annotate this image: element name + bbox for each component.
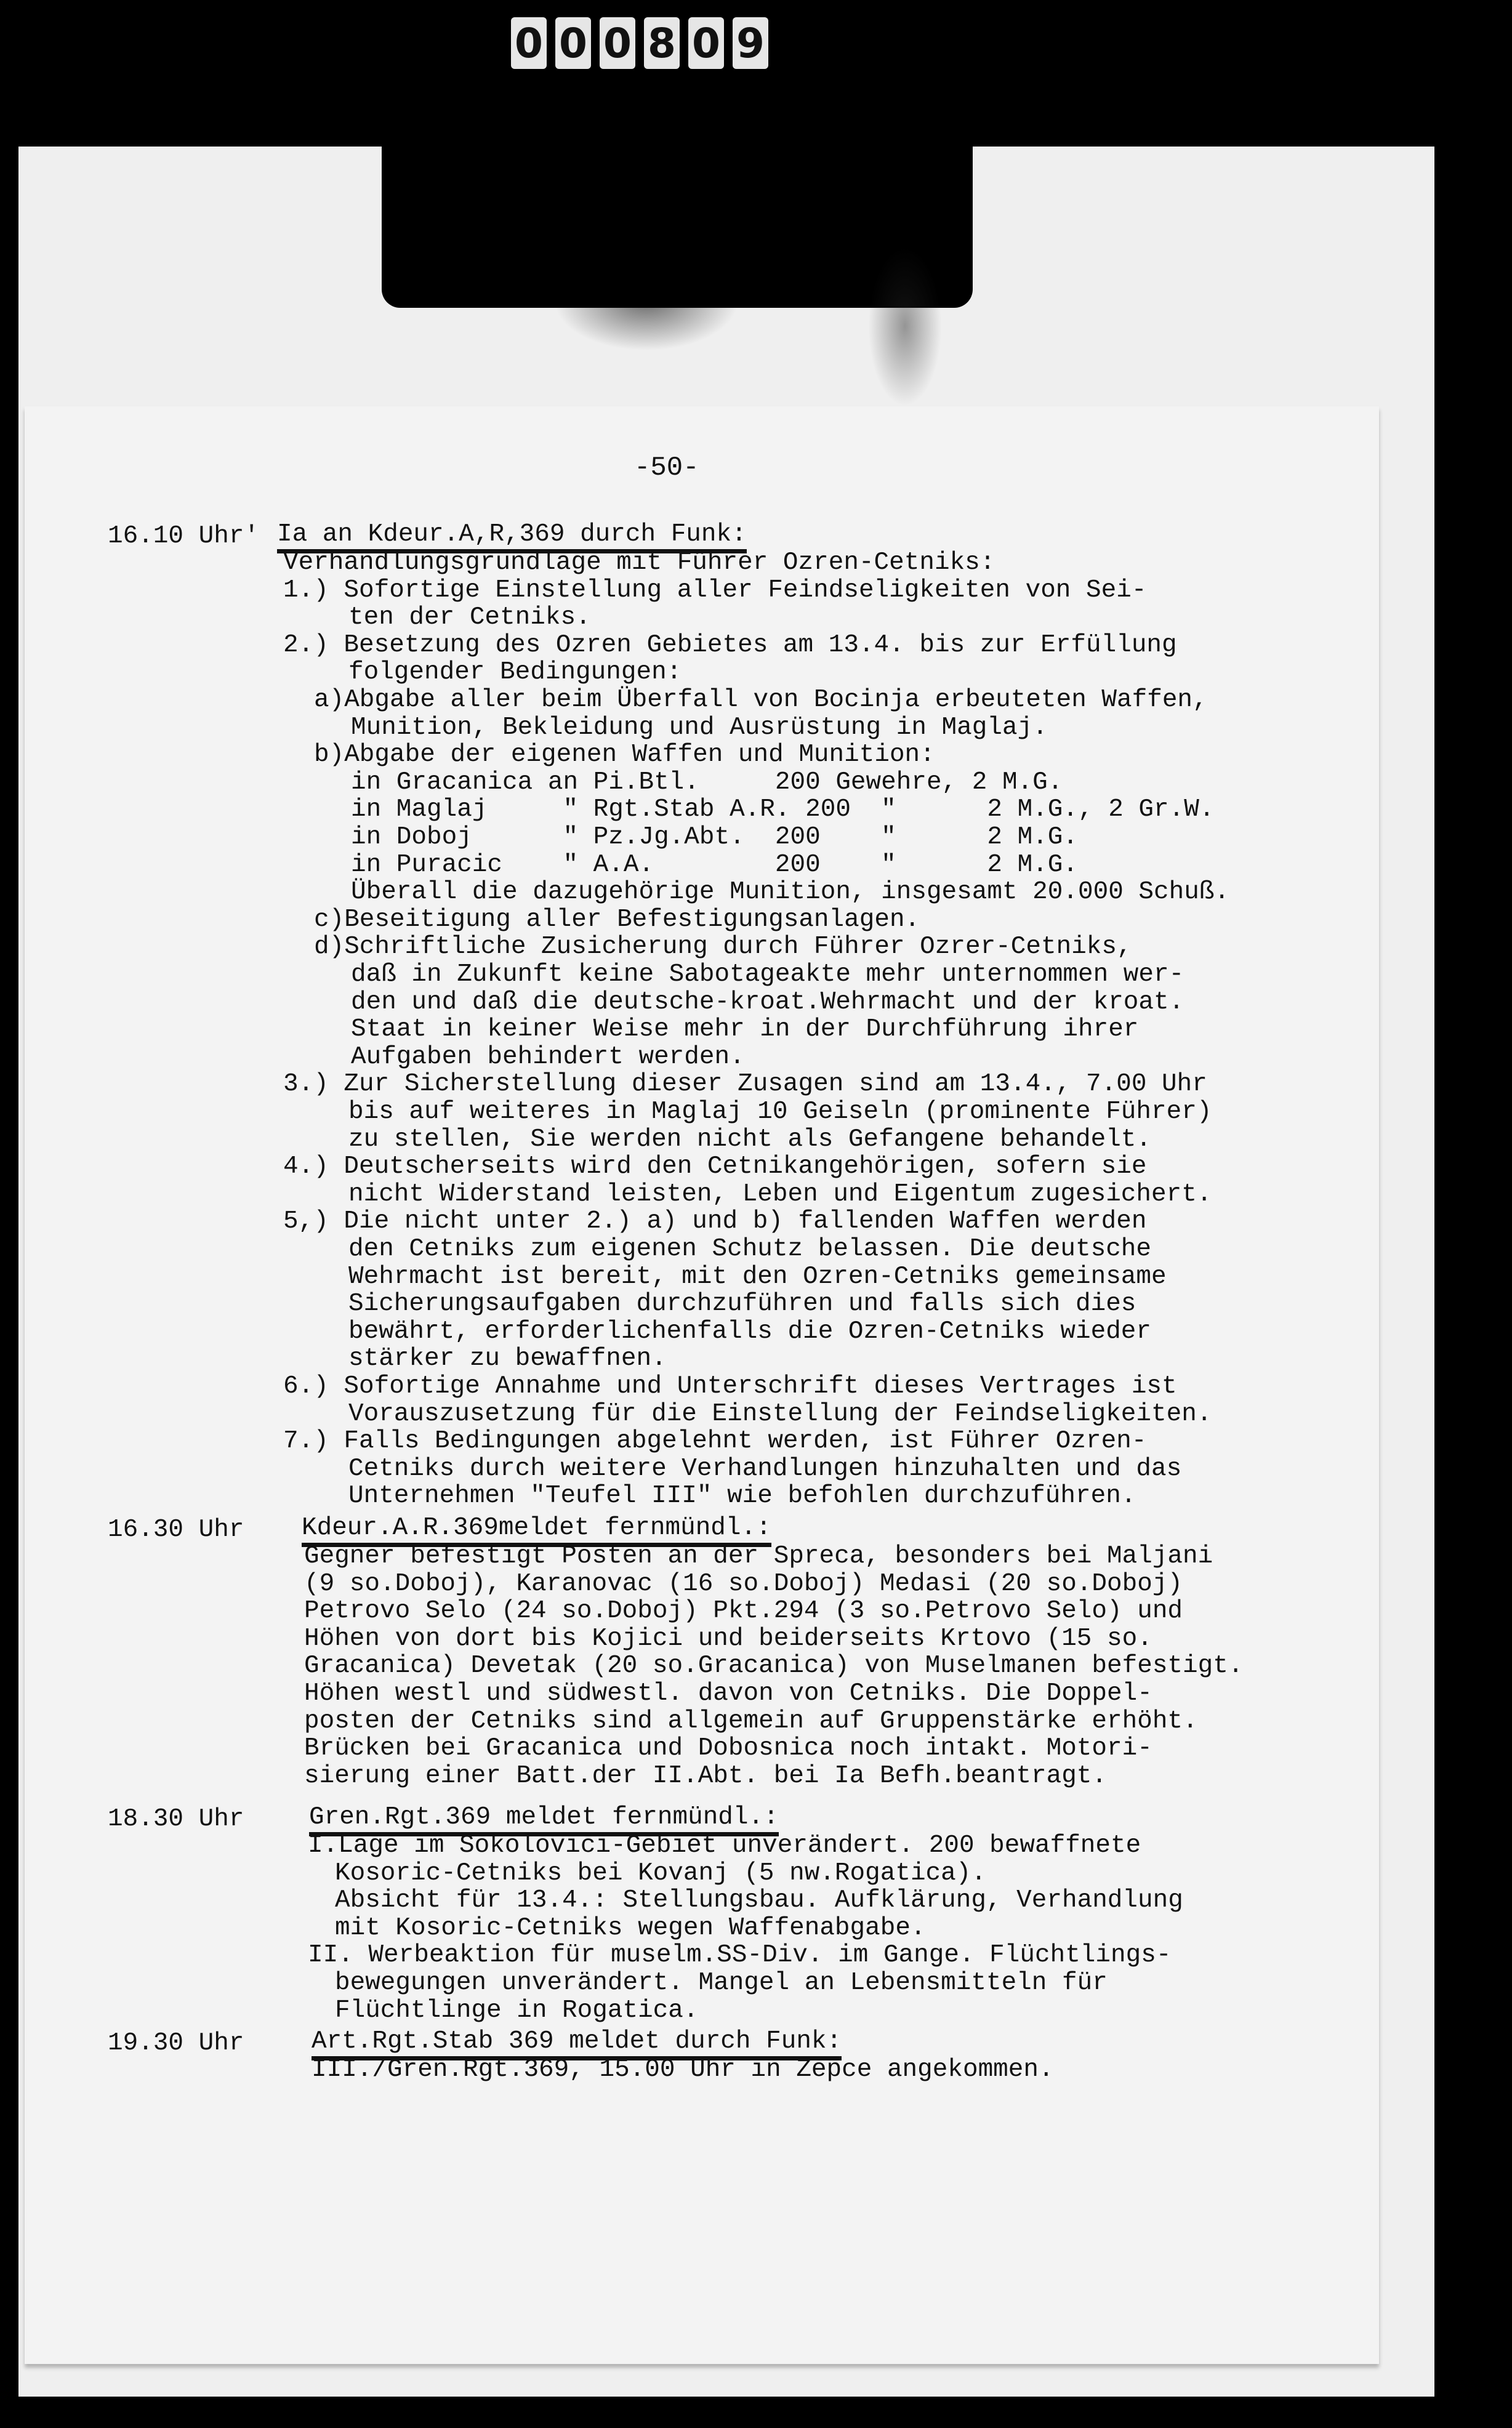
entry-line: Petrovo Selo (24 so.Doboj) Pkt.294 (3 so…	[304, 1598, 1183, 1625]
entry-line: in Doboj " Pz.Jg.Abt. 200 " 2 M.G.	[351, 824, 1078, 851]
entry-time: 16.30 Uhr	[108, 1516, 244, 1544]
entry-line: zu stellen, Sie werden nicht als Gefange…	[348, 1126, 1151, 1153]
entry-line: Absicht für 13.4.: Stellungsbau. Aufklär…	[335, 1887, 1183, 1914]
entry-line: I.Lage im Sokolovici-Gebiet unverändert.…	[308, 1832, 1141, 1859]
entry-line: Verhandlungsgrundlage mit Führer Ozren-C…	[283, 549, 995, 576]
entry-line: a)Abgabe aller beim Überfall von Bocinja…	[314, 686, 1208, 714]
entry-line: stärker zu bewaffnen.	[348, 1345, 667, 1372]
frame-counter: 0 0 0 8 0 9	[511, 17, 768, 69]
entry-line: d)Schriftliche Zusicherung durch Führer …	[314, 933, 1132, 960]
entry-line: posten der Cetniks sind allgemein auf Gr…	[304, 1708, 1198, 1735]
entry-time: 18.30 Uhr	[108, 1805, 244, 1833]
entry-line: Gracanica) Devetak (20 so.Gracanica) von…	[304, 1652, 1243, 1679]
entry-line: Aufgaben behindert werden.	[351, 1043, 745, 1071]
counter-digit: 0	[555, 17, 591, 69]
entry-line: mit Kosoric-Cetniks wegen Waffenabgabe.	[335, 1915, 926, 1942]
entry-time: 16.10 Uhr'	[108, 522, 259, 550]
counter-digit: 8	[644, 17, 680, 69]
entry-line: Gegner befestigt Posten an der Spreca, b…	[304, 1543, 1213, 1570]
entry-line: den Cetniks zum eigenen Schutz belassen.…	[348, 1236, 1151, 1263]
entry-line: Sicherungsaufgaben durchzuführen und fal…	[348, 1290, 1136, 1317]
entry-line: Höhen von dort bis Kojici und beiderseit…	[304, 1625, 1152, 1652]
entry-line: Cetniks durch weitere Verhandlungen hinz…	[348, 1455, 1181, 1482]
entry-line: Höhen westl und südwestl. davon von Cetn…	[304, 1680, 1152, 1707]
entry-line: Kosoric-Cetniks bei Kovanj (5 nw.Rogatic…	[335, 1860, 986, 1887]
entry-line: daß in Zukunft keine Sabotageakte mehr u…	[351, 961, 1184, 988]
entry-line: 1.) Sofortige Einstellung aller Feindsel…	[283, 577, 1146, 604]
entry-line: folgender Bedingungen:	[348, 659, 682, 686]
page-number: -50-	[634, 452, 699, 483]
entry-line: bewährt, erforderlichenfalls die Ozren-C…	[348, 1318, 1151, 1345]
entry-line: Unternehmen "Teufel III" wie befohlen du…	[348, 1482, 1136, 1509]
entry-line: Flüchtlinge in Rogatica.	[335, 1997, 699, 2024]
smudge	[868, 246, 942, 406]
entry-line: 7.) Falls Bedingungen abgelehnt werden, …	[283, 1428, 1146, 1455]
entry-line: bis auf weiteres in Maglaj 10 Geiseln (p…	[348, 1098, 1212, 1125]
entry-line: Vorauszusetzung für die Einstellung der …	[348, 1401, 1212, 1428]
entry-line: bewegungen unverändert. Mangel an Lebens…	[335, 1969, 1108, 1996]
entry-line: Staat in keiner Weise mehr in der Durchf…	[351, 1016, 1138, 1043]
entry-line: II. Werbeaktion für muselm.SS-Div. im Ga…	[308, 1942, 1171, 1969]
entry-line: Brücken bei Gracanica und Dobosnica noch…	[304, 1735, 1152, 1762]
entry-line: (9 so.Doboj), Karanovac (16 so.Doboj) Me…	[304, 1570, 1183, 1598]
entry-line: in Maglaj " Rgt.Stab A.R. 200 " 2 M.G., …	[351, 796, 1214, 823]
entry-line: in Gracanica an Pi.Btl. 200 Gewehre, 2 M…	[351, 769, 1063, 796]
entry-line: III./Gren.Rgt.369, 15.00 Uhr in Zepce an…	[312, 2056, 1054, 2083]
entry-line: Überall die dazugehörige Munition, insge…	[351, 878, 1229, 906]
entry-line: b)Abgabe der eigenen Waffen und Munition…	[314, 741, 935, 768]
entry-line: c)Beseitigung aller Befestigungsanlagen.	[314, 906, 920, 933]
entry-line: in Puracic " A.A. 200 " 2 M.G.	[351, 851, 1078, 878]
entry-line: den und daß die deutsche-kroat.Wehrmacht…	[351, 989, 1184, 1016]
entry-line: 3.) Zur Sicherstellung dieser Zusagen si…	[283, 1071, 1207, 1098]
entry-line: 5,) Die nicht unter 2.) a) und b) fallen…	[283, 1208, 1146, 1235]
counter-digit: 0	[511, 17, 547, 69]
counter-digit: 0	[688, 17, 724, 69]
entry-line: ten der Cetniks.	[348, 604, 591, 631]
counter-digit: 9	[733, 17, 768, 69]
entry-line: sierung einer Batt.der II.Abt. bei Ia Be…	[304, 1763, 1107, 1790]
entry-time: 19.30 Uhr	[108, 2029, 244, 2057]
clip-shadow	[554, 302, 739, 351]
entry-line: nicht Widerstand leisten, Leben und Eige…	[348, 1181, 1212, 1208]
entry-line: Munition, Bekleidung und Ausrüstung in M…	[351, 714, 1048, 741]
entry-line: 2.) Besetzung des Ozren Gebietes am 13.4…	[283, 632, 1177, 659]
entry-line: 6.) Sofortige Annahme und Unterschrift d…	[283, 1373, 1177, 1400]
counter-digit: 0	[600, 17, 635, 69]
entry-line: 4.) Deutscherseits wird den Cetnikangehö…	[283, 1153, 1146, 1180]
entry-line: Wehrmacht ist bereit, mit den Ozren-Cetn…	[348, 1263, 1167, 1290]
